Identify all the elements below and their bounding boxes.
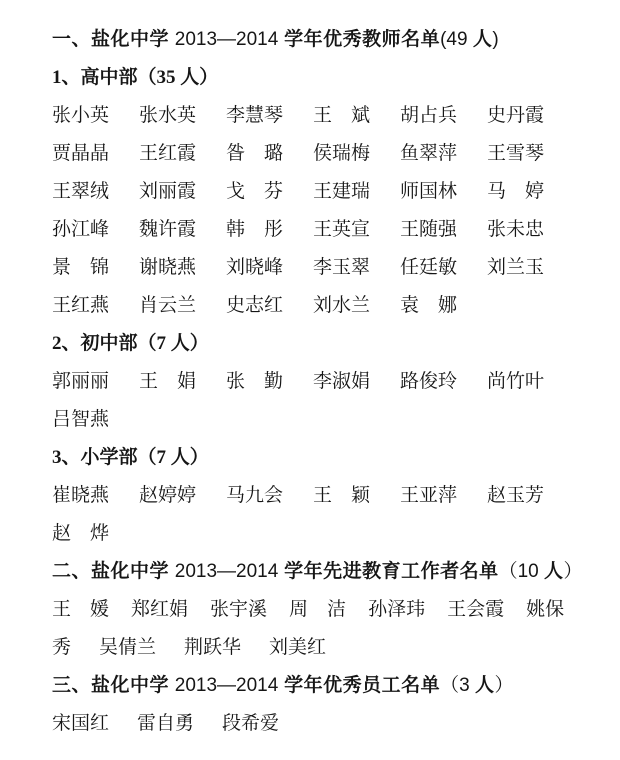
heading-count: （10 bbox=[499, 561, 544, 582]
name-row: 吕智燕 bbox=[52, 401, 604, 439]
person-name: 王建瑞 bbox=[313, 173, 400, 211]
person-name: 刘美红 bbox=[269, 629, 326, 667]
name-row: 景 锦谢晓燕刘晓峰李玉翠任廷敏刘兰玉 bbox=[52, 249, 604, 287]
person-name: 赵婷婷 bbox=[139, 477, 226, 515]
person-name: 王 媛 bbox=[52, 591, 109, 629]
person-name: 李慧琴 bbox=[226, 97, 313, 135]
heading-text: 学年先进教育工作者名单 bbox=[278, 561, 498, 582]
person-name: 王翠绒 bbox=[52, 173, 139, 211]
person-name: 马九会 bbox=[226, 477, 313, 515]
person-name: 肖云兰 bbox=[139, 287, 226, 325]
heading-text: 一、盐化中学 bbox=[52, 29, 175, 50]
heading-text: 学年优秀教师名单 bbox=[278, 29, 440, 50]
name-row: 贾晶晶王红霞昝 璐侯瑞梅鱼翠萍王雪琴 bbox=[52, 135, 604, 173]
person-name: 张宇溪 bbox=[210, 591, 267, 629]
person-name: 史丹霞 bbox=[487, 97, 544, 135]
person-name: 吴倩兰 bbox=[99, 629, 156, 667]
person-name: 李玉翠 bbox=[313, 249, 400, 287]
subheading-high-school: 1、高中部（35 人） bbox=[52, 59, 604, 97]
person-name: 路俊玲 bbox=[400, 363, 487, 401]
name-row: 宋国红雷自勇段希爱 bbox=[52, 705, 604, 743]
heading-text: 二、盐化中学 bbox=[52, 561, 175, 582]
person-name: 贾晶晶 bbox=[52, 135, 139, 173]
person-name: 荆跃华 bbox=[184, 629, 241, 667]
person-name: 段希爱 bbox=[222, 705, 279, 743]
person-name: 戈 芬 bbox=[226, 173, 313, 211]
name-row: 郭丽丽王 娟张 勤李淑娟路俊玲尚竹叶 bbox=[52, 363, 604, 401]
heading-advanced-educators: 二、盐化中学 2013—2014 学年先进教育工作者名单（10 人） bbox=[52, 553, 604, 591]
person-name: 韩 彤 bbox=[226, 211, 313, 249]
person-name-wrapped: 秀 bbox=[52, 629, 71, 667]
heading-count: (49 bbox=[440, 29, 473, 50]
person-name: 孙江峰 bbox=[52, 211, 139, 249]
heading-text: 人 bbox=[544, 561, 564, 582]
heading-years: 2013—2014 bbox=[175, 29, 279, 50]
person-name: 王会霞 bbox=[447, 591, 504, 629]
person-name: 郭丽丽 bbox=[52, 363, 139, 401]
heading-text: 人 bbox=[473, 29, 493, 50]
person-name: 孙泽玮 bbox=[368, 591, 425, 629]
person-name: 王英宣 bbox=[313, 211, 400, 249]
person-name-wrapped: 姚保 bbox=[526, 591, 564, 629]
person-name: 张未忠 bbox=[487, 211, 544, 249]
name-row: 王 媛郑红娟张宇溪周 洁孙泽玮王会霞姚保 bbox=[52, 591, 604, 629]
person-name: 王雪琴 bbox=[487, 135, 544, 173]
name-row: 秀吴倩兰荆跃华刘美红 bbox=[52, 629, 604, 667]
person-name: 李淑娟 bbox=[313, 363, 400, 401]
person-name: 张水英 bbox=[139, 97, 226, 135]
person-name: 王亚萍 bbox=[400, 477, 487, 515]
name-row: 崔晓燕赵婷婷马九会王 颖王亚萍赵玉芳 bbox=[52, 477, 604, 515]
person-name: 吕智燕 bbox=[52, 401, 109, 439]
person-name: 胡占兵 bbox=[400, 97, 487, 135]
person-name: 张 勤 bbox=[226, 363, 313, 401]
subheading-middle-school: 2、初中部（7 人） bbox=[52, 325, 604, 363]
person-name: 王红霞 bbox=[139, 135, 226, 173]
person-name: 刘丽霞 bbox=[139, 173, 226, 211]
heading-years: 2013—2014 bbox=[175, 561, 279, 582]
person-name: 谢晓燕 bbox=[139, 249, 226, 287]
name-row: 王翠绒刘丽霞戈 芬王建瑞师国林马 婷 bbox=[52, 173, 604, 211]
person-name: 王红燕 bbox=[52, 287, 139, 325]
person-name: 赵玉芳 bbox=[487, 477, 544, 515]
person-name: 王 斌 bbox=[313, 97, 400, 135]
person-name: 王 颖 bbox=[313, 477, 400, 515]
heading-excellent-staff: 三、盐化中学 2013—2014 学年优秀员工名单（3 人） bbox=[52, 667, 604, 705]
name-row: 王红燕肖云兰史志红刘水兰袁 娜 bbox=[52, 287, 604, 325]
heading-paren: ） bbox=[494, 675, 513, 696]
person-name: 张小英 bbox=[52, 97, 139, 135]
person-name: 宋国红 bbox=[52, 705, 109, 743]
person-name: 任廷敏 bbox=[400, 249, 487, 287]
heading-text: 三、盐化中学 bbox=[52, 675, 175, 696]
person-name: 马 婷 bbox=[487, 173, 544, 211]
person-name: 魏许霞 bbox=[139, 211, 226, 249]
person-name: 袁 娜 bbox=[400, 287, 457, 325]
heading-paren: ） bbox=[564, 561, 583, 582]
person-name: 刘兰玉 bbox=[487, 249, 544, 287]
person-name: 崔晓燕 bbox=[52, 477, 139, 515]
heading-paren: ) bbox=[492, 29, 498, 50]
name-row: 孙江峰魏许霞韩 彤王英宣王随强张未忠 bbox=[52, 211, 604, 249]
heading-text: 人 bbox=[475, 675, 495, 696]
person-name: 刘水兰 bbox=[313, 287, 400, 325]
person-name: 侯瑞梅 bbox=[313, 135, 400, 173]
heading-excellent-teachers: 一、盐化中学 2013—2014 学年优秀教师名单(49 人) bbox=[52, 21, 604, 59]
heading-years: 2013—2014 bbox=[175, 675, 279, 696]
subheading-primary-school: 3、小学部（7 人） bbox=[52, 439, 604, 477]
person-name: 王随强 bbox=[400, 211, 487, 249]
person-name: 雷自勇 bbox=[137, 705, 194, 743]
person-name: 赵 烨 bbox=[52, 515, 109, 553]
heading-text: 学年优秀员工名单 bbox=[278, 675, 440, 696]
name-row: 赵 烨 bbox=[52, 515, 604, 553]
person-name: 周 洁 bbox=[289, 591, 346, 629]
person-name: 刘晓峰 bbox=[226, 249, 313, 287]
name-row: 张小英张水英李慧琴王 斌胡占兵史丹霞 bbox=[52, 97, 604, 135]
person-name: 昝 璐 bbox=[226, 135, 313, 173]
person-name: 郑红娟 bbox=[131, 591, 188, 629]
person-name: 师国林 bbox=[400, 173, 487, 211]
person-name: 景 锦 bbox=[52, 249, 139, 287]
heading-count: （3 bbox=[440, 675, 475, 696]
person-name: 鱼翠萍 bbox=[400, 135, 487, 173]
awards-name-list-document: 一、盐化中学 2013—2014 学年优秀教师名单(49 人) 1、高中部（35… bbox=[0, 0, 620, 743]
person-name: 史志红 bbox=[226, 287, 313, 325]
person-name: 尚竹叶 bbox=[487, 363, 544, 401]
person-name: 王 娟 bbox=[139, 363, 226, 401]
